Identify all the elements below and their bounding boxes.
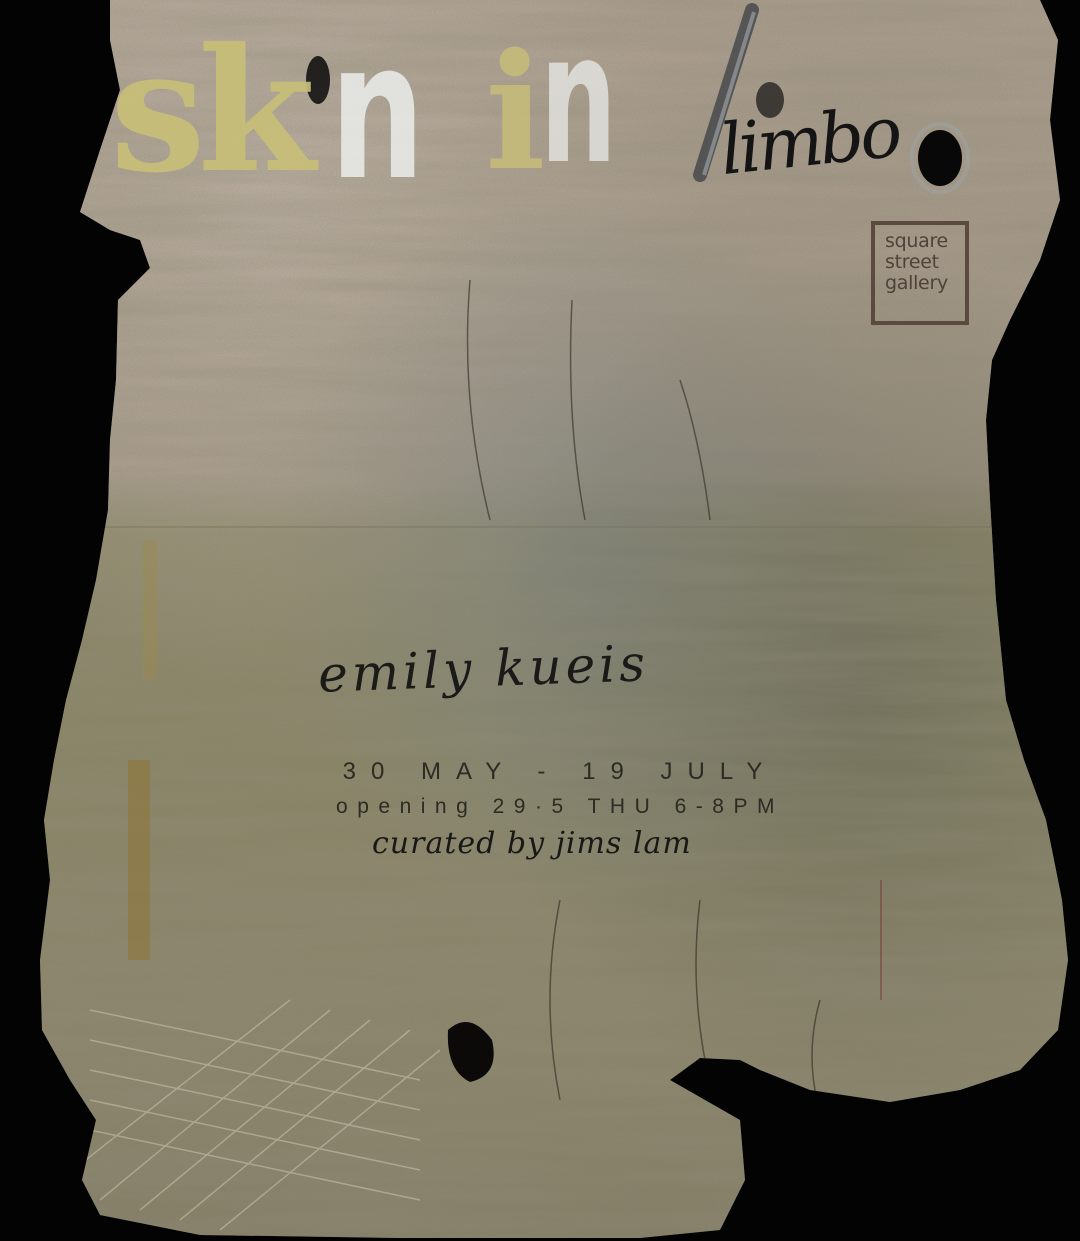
title-ink-word: limbo	[716, 87, 903, 195]
title-white-letters: n	[330, 12, 425, 212]
artist-name: emily kueis	[317, 634, 650, 704]
curator-credit: curated by jims lam	[372, 826, 692, 861]
gallery-logo: square street gallery	[871, 221, 969, 325]
gallery-logo-line-3: gallery	[885, 273, 965, 294]
title-white-letter-n: n	[540, 0, 617, 200]
gallery-logo-line-2: street	[885, 252, 965, 273]
exhibition-dates: 30 MAY - 19 JULY	[0, 758, 1080, 786]
gallery-logo-line-1: square	[885, 231, 965, 252]
title-gold-letters: sk	[110, 16, 308, 206]
title-gold-letter-i: i	[485, 22, 546, 202]
exhibition-poster: sk n i n limbo square street gallery emi…	[0, 0, 1080, 1241]
opening-info: opening 29·5 THU 6-8PM	[0, 795, 1080, 819]
